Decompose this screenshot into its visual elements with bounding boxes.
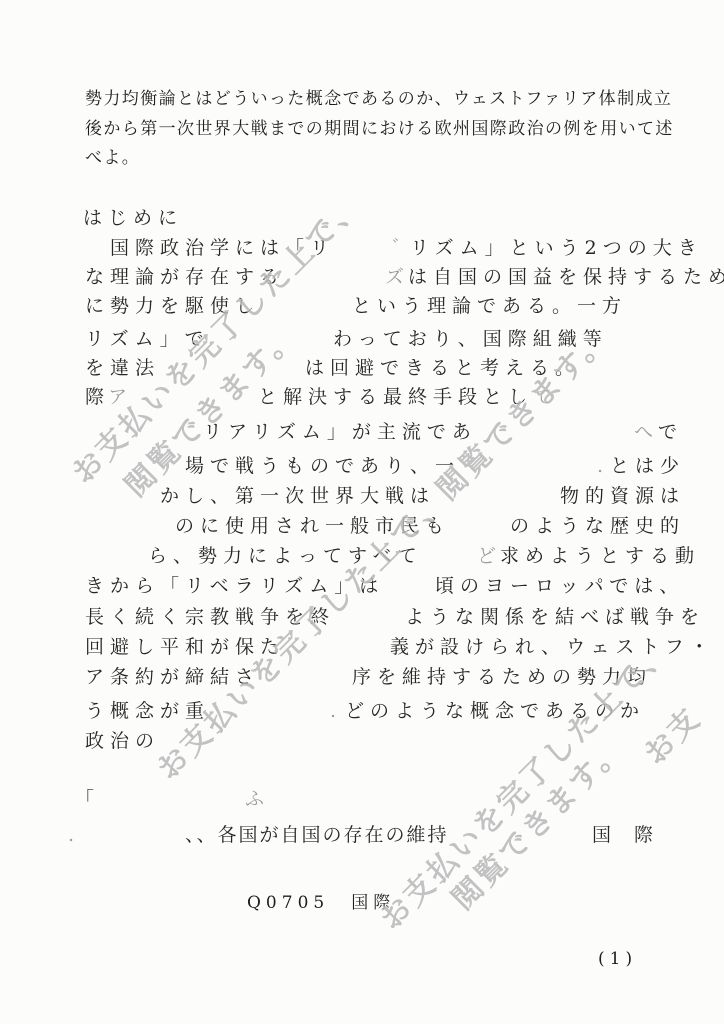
body-line: 「: [75, 790, 100, 809]
question-line: 勢力均衡論とはどういった概念であるのか、ウェストファリア体制成立: [85, 91, 672, 108]
page-number: (1): [598, 951, 637, 968]
body-line: て: [533, 388, 558, 407]
body-line: どのような概念であるのか: [345, 702, 645, 721]
body-line: とは少: [610, 457, 685, 476]
body-line: ふ: [245, 790, 270, 809]
body-line: 国際政治学には「リ: [110, 239, 335, 258]
body-line: う概念が重: [85, 702, 210, 721]
body-line: 国 際: [592, 826, 655, 845]
body-line: を違法: [85, 359, 160, 378]
body-line: .: [68, 826, 76, 845]
body-line: ような関係を結べば戦争を: [405, 608, 705, 627]
body-line: 長く続く宗教戦争を終: [85, 608, 335, 627]
body-line: 場で戦うものであり、一: [185, 457, 460, 476]
body-line: のような歴史的: [510, 517, 685, 536]
body-line: のに使用され一般市民も: [175, 517, 450, 536]
body-line: リアリズム」が主流であ: [203, 423, 477, 442]
body-line: に勢力を駆使し: [85, 297, 260, 316]
body-line: 回避し平和が保た: [85, 638, 285, 657]
body-line: 政治の: [85, 732, 160, 751]
body-line: ア条約が締結さ: [85, 668, 260, 687]
question-line: べよ。: [85, 150, 140, 167]
body-line: ら、勢力によってすべて: [148, 547, 423, 566]
body-line: へ: [634, 423, 659, 442]
body-line: 、、各国が自国の存在の維持: [185, 826, 449, 845]
body-line: な理論が存在する: [85, 268, 285, 287]
body-line: 物的資源は: [560, 487, 685, 506]
body-line: リズム」という2つの大き: [410, 239, 703, 258]
question-line: 後から第一次世界大戦までの期間における欧州国際政治の例を用いて述: [85, 121, 674, 138]
body-line: .: [330, 702, 342, 721]
body-line: きから「リベラリズム」は: [85, 577, 384, 596]
body-line: は自国の国益を保持するため: [408, 268, 724, 287]
body-line: で: [658, 423, 683, 442]
body-line: ア: [108, 388, 133, 407]
body-line: は回避できると考える。: [305, 359, 580, 378]
body-line: ズ: [385, 268, 410, 287]
body-line: 序を維持するための勢力均: [352, 668, 652, 687]
body-line: わっており、国際組織等: [333, 330, 608, 349]
body-line: 際: [85, 388, 110, 407]
body-line: かし、第一次世界大戦は: [160, 487, 435, 506]
body-line: 求めようとする動: [500, 547, 700, 566]
body-line: 頃のヨーロッパでは、: [435, 577, 684, 596]
watermark-text: お支: [638, 701, 709, 772]
heading: はじめに: [83, 209, 183, 228]
body-line: リズム」で: [85, 330, 210, 349]
body-line: ど: [477, 547, 502, 566]
body-line: .: [597, 457, 609, 476]
body-line: と解決する最終手段とし: [258, 388, 533, 407]
body-line: という理論である。一方: [352, 297, 627, 316]
footer-code: Q0705 国際: [247, 895, 395, 912]
body-line: 義が設けられ、ウェストフ・: [390, 638, 715, 657]
scanned-document-page: 勢力均衡論とはどういった概念であるのか、ウェストファリア体制成立後から第一次世界…: [0, 0, 724, 1024]
